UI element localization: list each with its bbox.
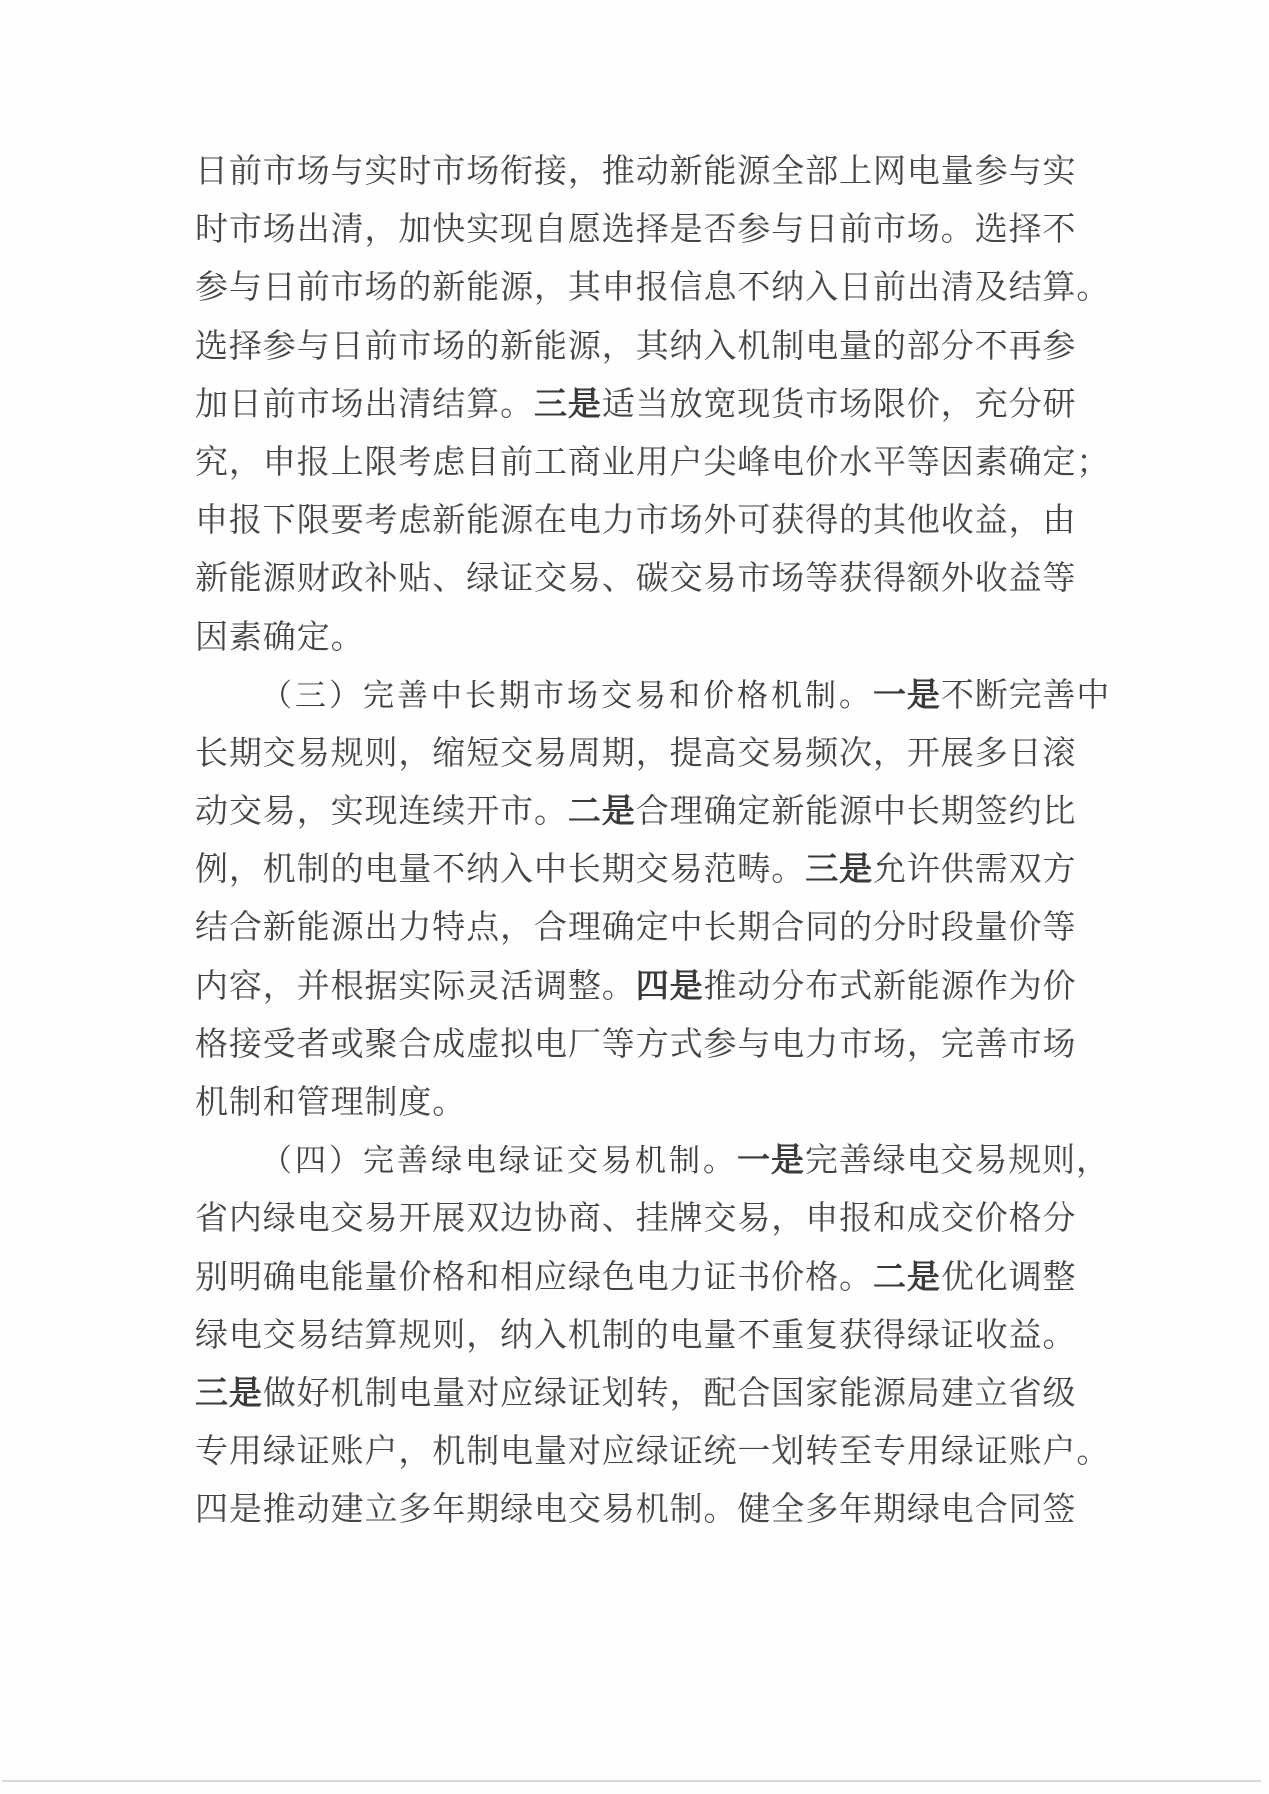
body-text: 加日前市场出清结算。 — [195, 384, 534, 423]
text-line: 内容，并根据实际灵活调整。四是推动分布式新能源作为价 — [195, 957, 1085, 1015]
page-bottom-edge-line — [2, 1780, 1261, 1782]
text-line: 选择参与日前市场的新能源，其纳入机制电量的部分不再参 — [195, 317, 1085, 375]
text-line: 日前市场与实时市场衔接，推动新能源全部上网电量参与实 — [195, 142, 1085, 200]
bold-enumerator: 三是 — [195, 1373, 263, 1412]
body-text: 内容，并根据实际灵活调整。 — [195, 966, 636, 1005]
body-text: 做好机制电量对应绿证划转，配合国家能源局建立省级 — [263, 1373, 1077, 1412]
body-text: 申报下限要考虑新能源在电力市场外可获得的其他收益，由 — [195, 500, 1076, 539]
body-text: 适当放宽现货市场限价，充分研 — [602, 384, 1077, 423]
text-line: 参与日前市场的新能源，其申报信息不纳入日前出清及结算。 — [195, 258, 1085, 316]
body-text: 省内绿电交易开展双边协商、挂牌交易，申报和成交价格分 — [195, 1198, 1076, 1237]
text-line: 长期交易规则，缩短交易周期，提高交易频次，开展多日滚 — [195, 724, 1085, 782]
body-text: 不断完善中 — [941, 675, 1111, 714]
bold-enumerator: 二是 — [873, 1257, 941, 1296]
text-line: 格接受者或聚合成虚拟电厂等方式参与电力市场，完善市场 — [195, 1015, 1085, 1073]
section-heading: （四）完善绿电绿证交易机制。 — [261, 1143, 737, 1179]
body-text: 格接受者或聚合成虚拟电厂等方式参与电力市场，完善市场 — [195, 1024, 1076, 1063]
body-text: 别明确电能量价格和相应绿色电力证书价格。 — [195, 1257, 873, 1296]
body-text: 绿电交易结算规则，纳入机制的电量不重复获得绿证收益。 — [195, 1315, 1076, 1354]
body-text: 允许供需双方 — [873, 849, 1076, 888]
document-body-text: 日前市场与实时市场衔接，推动新能源全部上网电量参与实时市场出清，加快实现自愿选择… — [195, 142, 1085, 1539]
text-line: 因素确定。 — [195, 608, 1085, 666]
text-line: 结合新能源出力特点，合理确定中长期合同的分时段量价等 — [195, 898, 1085, 956]
bold-enumerator: 三是 — [534, 384, 602, 423]
text-line: 新能源财政补贴、绿证交易、碳交易市场等获得额外收益等 — [195, 549, 1085, 607]
body-text: 结合新能源出力特点，合理确定中长期合同的分时段量价等 — [195, 907, 1076, 946]
text-line: 加日前市场出清结算。三是适当放宽现货市场限价，充分研 — [195, 375, 1085, 433]
bold-enumerator: 四是 — [636, 966, 704, 1005]
bold-enumerator: 一是 — [873, 675, 941, 714]
body-text: 时市场出清，加快实现自愿选择是否参与日前市场。选择不 — [195, 209, 1076, 248]
text-line: 别明确电能量价格和相应绿色电力证书价格。二是优化调整 — [195, 1248, 1085, 1306]
section-heading: （三）完善中长期市场交易和价格机制。 — [261, 678, 873, 714]
body-text: 究，申报上限考虑目前工商业用户尖峰电价水平等因素确定； — [195, 442, 1110, 481]
body-text: 完善绿电交易规则， — [805, 1140, 1110, 1179]
body-text: 专用绿证账户，机制电量对应绿证统一划转至专用绿证账户。 — [195, 1431, 1110, 1470]
body-text: 新能源财政补贴、绿证交易、碳交易市场等获得额外收益等 — [195, 558, 1076, 597]
text-line: 绿电交易结算规则，纳入机制的电量不重复获得绿证收益。 — [195, 1306, 1085, 1364]
body-text: 参与日前市场的新能源，其申报信息不纳入日前出清及结算。 — [195, 267, 1110, 306]
text-line: （四）完善绿电绿证交易机制。一是完善绿电交易规则， — [195, 1131, 1085, 1189]
body-text: 例，机制的电量不纳入中长期交易范畴。 — [195, 849, 805, 888]
text-line: 省内绿电交易开展双边协商、挂牌交易，申报和成交价格分 — [195, 1189, 1085, 1247]
body-text: 日前市场与实时市场衔接，推动新能源全部上网电量参与实 — [195, 151, 1076, 190]
text-line: 专用绿证账户，机制电量对应绿证统一划转至专用绿证账户。 — [195, 1422, 1085, 1480]
body-text: 动交易，实现连续开市。 — [195, 791, 568, 830]
scanned-document-page: 日前市场与实时市场衔接，推动新能源全部上网电量参与实时市场出清，加快实现自愿选择… — [0, 0, 1269, 1794]
body-text: 推动分布式新能源作为价 — [704, 966, 1077, 1005]
text-line: 时市场出清，加快实现自愿选择是否参与日前市场。选择不 — [195, 200, 1085, 258]
body-text: 因素确定。 — [195, 617, 365, 656]
text-line: 四是推动建立多年期绿电交易机制。健全多年期绿电合同签 — [195, 1480, 1085, 1538]
bold-enumerator: 一是 — [737, 1140, 805, 1179]
text-line: 申报下限要考虑新能源在电力市场外可获得的其他收益，由 — [195, 491, 1085, 549]
text-line: 例，机制的电量不纳入中长期交易范畴。三是允许供需双方 — [195, 840, 1085, 898]
bold-enumerator: 二是 — [568, 791, 636, 830]
text-line: 三是做好机制电量对应绿证划转，配合国家能源局建立省级 — [195, 1364, 1085, 1422]
body-text: 四是推动建立多年期绿电交易机制。健全多年期绿电合同签 — [195, 1489, 1076, 1528]
text-line: 究，申报上限考虑目前工商业用户尖峰电价水平等因素确定； — [195, 433, 1085, 491]
text-line: 动交易，实现连续开市。二是合理确定新能源中长期签约比 — [195, 782, 1085, 840]
body-text: 机制和管理制度。 — [195, 1082, 466, 1121]
body-text: 合理确定新能源中长期签约比 — [636, 791, 1077, 830]
text-line: 机制和管理制度。 — [195, 1073, 1085, 1131]
body-text: 选择参与日前市场的新能源，其纳入机制电量的部分不再参 — [195, 326, 1076, 365]
text-line: （三）完善中长期市场交易和价格机制。一是不断完善中 — [195, 666, 1085, 724]
body-text: 长期交易规则，缩短交易周期，提高交易频次，开展多日滚 — [195, 733, 1076, 772]
bold-enumerator: 三是 — [805, 849, 873, 888]
body-text: 优化调整 — [941, 1257, 1077, 1296]
